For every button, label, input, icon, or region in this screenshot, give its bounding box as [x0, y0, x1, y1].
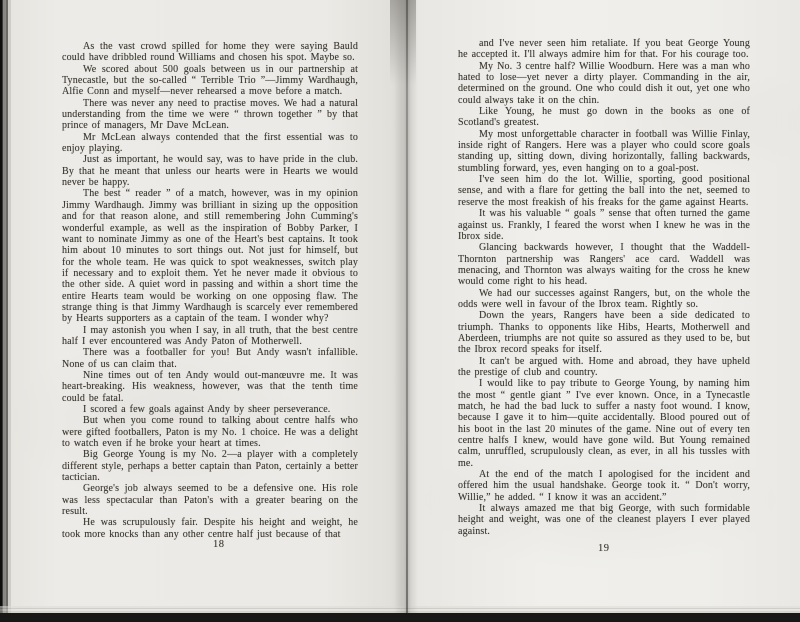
- paragraph: Mr McLean always contended that the firs…: [62, 132, 358, 155]
- paragraph: I may astonish you when I say, in all tr…: [62, 325, 358, 348]
- paragraph: Just as important, he would say, was to …: [62, 154, 358, 188]
- paragraph: My No. 3 centre half? Willie Woodburn. H…: [458, 61, 750, 106]
- paragraph: There was never any need to practise mov…: [62, 98, 358, 132]
- paragraph: There was a footballer for you! But Andy…: [62, 347, 358, 370]
- paragraph: Big George Young is my No. 2—a player wi…: [62, 449, 358, 483]
- paragraph: I've seen him do the lot. Willie, sporti…: [458, 174, 750, 208]
- paragraph: As the vast crowd spilled for home they …: [62, 41, 358, 64]
- paragraph: It was his valuable “ goals ” sense that…: [458, 208, 750, 242]
- paragraph: It can't be argued with. Home and abroad…: [458, 356, 750, 379]
- paragraph: He was scrupulously fair. Despite his he…: [62, 517, 358, 540]
- right-page-text: and I've never seen him retaliate. If yo…: [458, 38, 750, 537]
- paragraph: It always amazed me that big George, wit…: [458, 503, 750, 537]
- book-spine-edge: [0, 0, 11, 622]
- scan-bottom-edge: [0, 613, 800, 622]
- paragraph: George's job always seemed to be a defen…: [62, 483, 358, 517]
- paragraph: Like Young, he must go down in the books…: [458, 106, 750, 129]
- page-number-left: 18: [213, 539, 225, 550]
- paragraph: But when you come round to talking about…: [62, 415, 358, 449]
- scanned-book-spread: As the vast crowd spilled for home they …: [0, 0, 800, 622]
- left-page-text: As the vast crowd spilled for home they …: [62, 41, 358, 540]
- paragraph: We scored about 500 goals between us in …: [62, 64, 358, 98]
- paragraph: The best “ reader ” of a match, however,…: [62, 188, 358, 324]
- paragraph: and I've never seen him retaliate. If yo…: [458, 38, 750, 61]
- paragraph: We had our successes against Rangers, bu…: [458, 288, 750, 311]
- page-number-right: 19: [598, 543, 610, 554]
- paragraph: I would like to pay tribute to George Yo…: [458, 378, 750, 469]
- paragraph: I scored a few goals against Andy by she…: [62, 404, 358, 415]
- gutter-shadow: [394, 0, 418, 613]
- paragraph: At the end of the match I apologised for…: [458, 469, 750, 503]
- paragraph: Glancing backwards however, I thought th…: [458, 242, 750, 287]
- paragraph: Down the years, Rangers have been a side…: [458, 310, 750, 355]
- paragraph: Nine times out of ten Andy would out-man…: [62, 370, 358, 404]
- paragraph: My most unforgettable character in footb…: [458, 129, 750, 174]
